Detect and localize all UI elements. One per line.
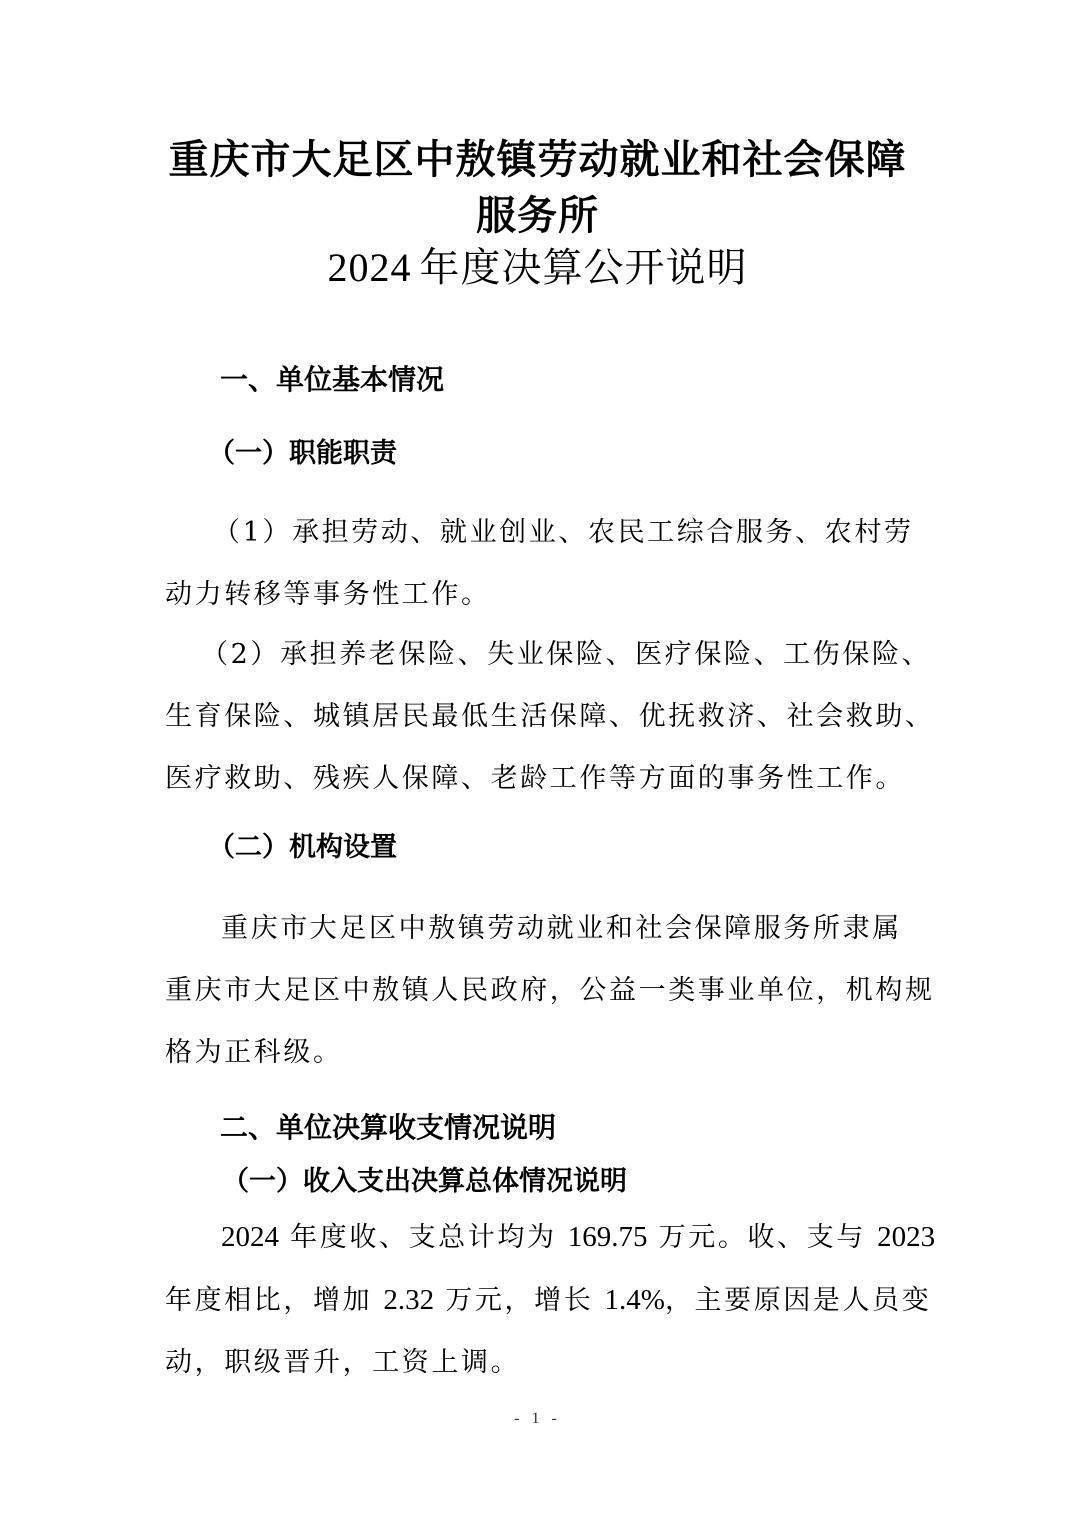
duties-item-2-line-1: （2）承担养老保险、失业保险、医疗保险、工伤保险、 [165,624,915,686]
summary-text: 年度收、支总计均为 [279,1222,568,1253]
organization-line-1: 重庆市大足区中敖镇劳动就业和社会保障服务所隶属 [165,898,915,960]
duties-item-2: （2）承担养老保险、失业保险、医疗保险、工伤保险、 生育保险、城镇居民最低生活保… [165,624,915,810]
summary-line-1: 2024 年度收、支总计均为 169.75 万元。收、支与 2023 [165,1206,915,1269]
summary-prev-year: 2023 [877,1221,935,1253]
duties-item-1-line-1: （1）承担劳动、就业创业、农民工综合服务、农村劳 [165,502,915,564]
title-year: 2024 [328,245,412,290]
summary-text: 年度相比，增加 [165,1285,383,1316]
summary-paragraph: 2024 年度收、支总计均为 169.75 万元。收、支与 2023 年度相比，… [165,1206,915,1394]
section-2-heading: 二、单位决算收支情况说明 [220,1110,556,1146]
summary-text: 万元。收、支与 [648,1222,878,1253]
summary-text: ，主要原因是人员变 [665,1285,931,1316]
section-1-2-heading: （二）机构设置 [208,830,397,866]
duties-item-1-line-2: 动力转移等事务性工作。 [165,564,915,626]
summary-line-3: 动，职级晋升，工资上调。 [165,1332,915,1394]
organization-line-2: 重庆市大足区中敖镇人民政府，公益一类事业单位，机构规 [165,960,915,1022]
duties-item-2-line-3: 医疗救助、残疾人保障、老龄工作等方面的事务性工作。 [165,748,915,810]
summary-total-amount: 169.75 [568,1221,648,1253]
section-2-1-heading: （一）收入支出决算总体情况说明 [222,1164,627,1200]
section-1-1-heading: （一）职能职责 [208,436,397,472]
document-title-line-3: 2024年度决算公开说明 [0,244,1075,292]
duties-item-1: （1）承担劳动、就业创业、农民工综合服务、农村劳 动力转移等事务性工作。 [165,502,915,626]
duties-item-2-line-2: 生育保险、城镇居民最低生活保障、优抚救济、社会救助、 [165,686,915,748]
page-number: - 1 - [0,1410,1075,1428]
summary-growth-percent: 1.4% [605,1284,665,1316]
document-title-line-2: 服务所 [0,192,1075,240]
summary-text: 万元，增长 [434,1285,604,1316]
section-1-heading: 一、单位基本情况 [220,362,444,398]
document-title-line-1: 重庆市大足区中敖镇劳动就业和社会保障 [0,136,1075,184]
summary-year: 2024 [221,1221,279,1253]
organization-paragraph: 重庆市大足区中敖镇劳动就业和社会保障服务所隶属 重庆市大足区中敖镇人民政府，公益… [165,898,915,1084]
summary-increase-amount: 2.32 [383,1284,434,1316]
organization-line-3: 格为正科级。 [165,1022,915,1084]
title-subtitle: 年度决算公开说明 [420,245,748,291]
document-page: 重庆市大足区中敖镇劳动就业和社会保障 服务所 2024年度决算公开说明 一、单位… [0,0,1075,1520]
summary-line-2: 年度相比，增加 2.32 万元，增长 1.4%，主要原因是人员变 [165,1269,915,1332]
